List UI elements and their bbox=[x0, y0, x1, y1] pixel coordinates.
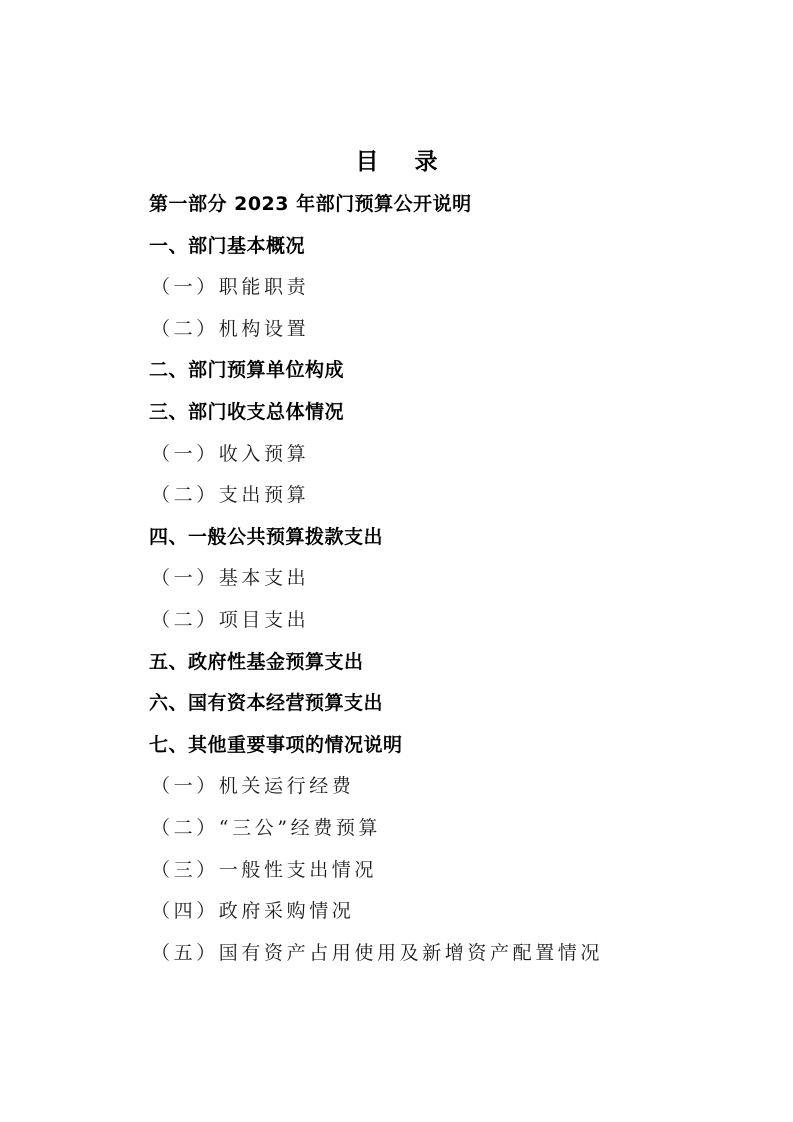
toc-subsection-7-4[interactable]: （四）政府采购情况 bbox=[149, 891, 749, 933]
toc-subsection-1-2[interactable]: （二）机构设置 bbox=[149, 309, 749, 351]
page-title: 目录 bbox=[0, 144, 793, 180]
toc-subsection-4-1[interactable]: （一）基本支出 bbox=[149, 558, 749, 600]
toc-section-2[interactable]: 二、部门预算单位构成 bbox=[149, 350, 749, 392]
toc-section-7[interactable]: 七、其他重要事项的情况说明 bbox=[149, 725, 749, 767]
toc-part-one-heading[interactable]: 第一部分 2023 年部门预算公开说明 bbox=[149, 184, 749, 226]
page-title-part-2: 录 bbox=[415, 149, 438, 175]
toc-subsection-7-1[interactable]: （一）机关运行经费 bbox=[149, 766, 749, 808]
toc-subsection-3-2[interactable]: （二）支出预算 bbox=[149, 475, 749, 517]
toc-section-1[interactable]: 一、部门基本概况 bbox=[149, 226, 749, 268]
toc-subsection-3-1[interactable]: （一）收入预算 bbox=[149, 434, 749, 476]
toc-subsection-4-2[interactable]: （二）项目支出 bbox=[149, 600, 749, 642]
toc-section-4[interactable]: 四、一般公共预算拨款支出 bbox=[149, 517, 749, 559]
toc-subsection-7-5[interactable]: （五）国有资产占用使用及新增资产配置情况 bbox=[149, 933, 749, 975]
toc-section-5[interactable]: 五、政府性基金预算支出 bbox=[149, 642, 749, 684]
toc-subsection-7-2[interactable]: （二）“三公”经费预算 bbox=[149, 808, 749, 850]
toc-subsection-1-1[interactable]: （一）职能职责 bbox=[149, 267, 749, 309]
toc-subsection-7-3[interactable]: （三）一般性支出情况 bbox=[149, 850, 749, 892]
toc-section-6[interactable]: 六、国有资本经营预算支出 bbox=[149, 683, 749, 725]
table-of-contents: 第一部分 2023 年部门预算公开说明 一、部门基本概况 （一）职能职责 （二）… bbox=[149, 184, 749, 974]
page-title-part-1: 目 bbox=[356, 149, 379, 175]
toc-section-3[interactable]: 三、部门收支总体情况 bbox=[149, 392, 749, 434]
